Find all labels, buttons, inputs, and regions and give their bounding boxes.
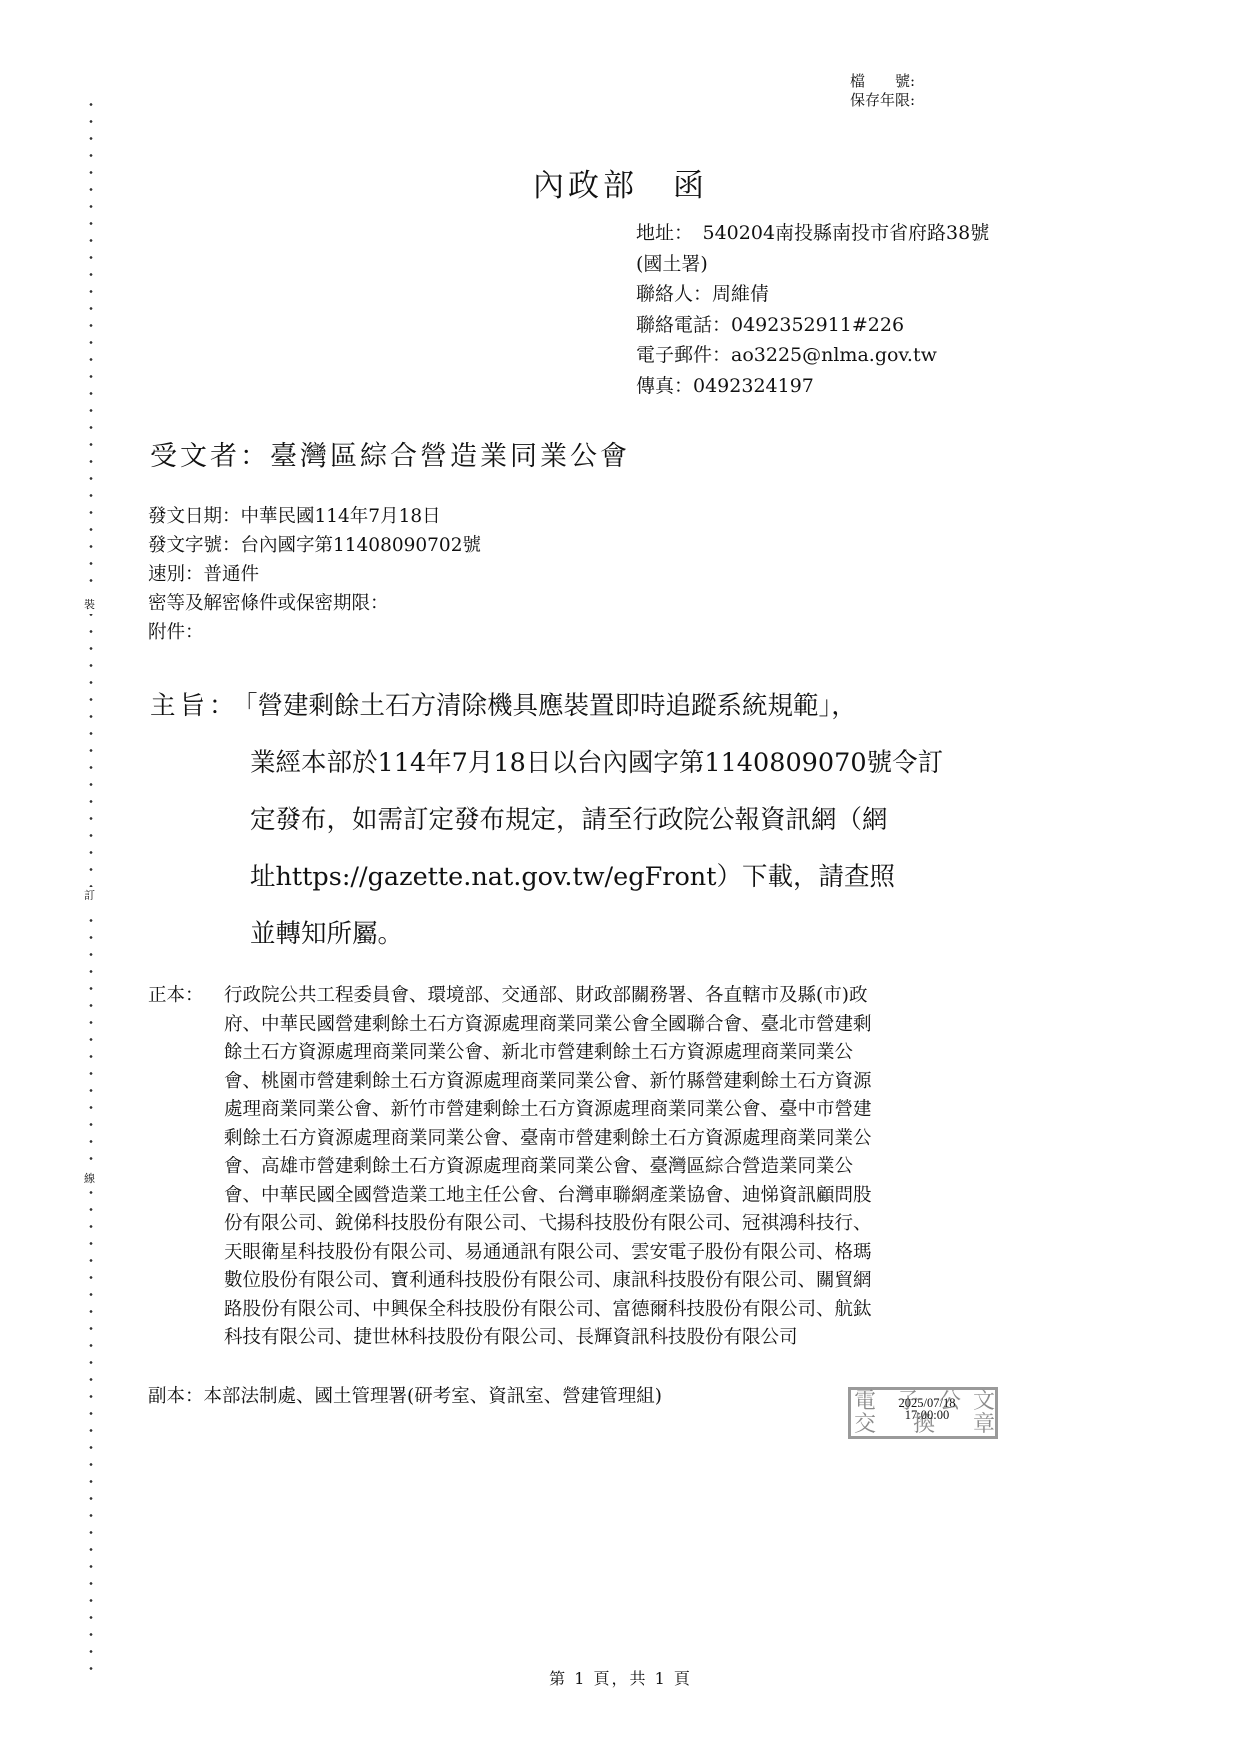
document-meta: 發文日期：中華民國114年7月18日 發文字號：台內國字第11408090702… (148, 502, 481, 647)
distribution-line: 路股份有限公司、中興保全科技股份有限公司、富德爾科技股份有限公司、航鈦 (148, 1296, 1098, 1325)
contact-block: 地址： 540204南投縣南投市省府路38號 (國土署) 聯絡人：周維倩 聯絡電… (636, 218, 989, 401)
issue-number: 發文字號：台內國字第11408090702號 (148, 531, 481, 560)
distribution-line: 行政院公共工程委員會、環境部、交通部、財政部關務署、各直轄市及縣(市)政 (148, 982, 1098, 1011)
stamp-time: 17:00:00 (879, 1409, 975, 1421)
cc-label: 副本： (148, 1386, 204, 1407)
subject-line: 並轉知所屬。 (150, 906, 1100, 963)
stamp-datetime: 2025/07/18 17:00:00 (879, 1397, 975, 1421)
file-number-label: 檔 號: (850, 72, 915, 91)
cc-text: 本部法制處、國土管理署(研考室、資訊室、營建管理組) (204, 1386, 662, 1407)
subject-line: 址https://gazette.nat.gov.tw/egFront）下載，請… (150, 849, 1100, 906)
stamp-char: 電 (854, 1391, 876, 1413)
stamp-char: 交 (854, 1414, 876, 1436)
document-title: 內政部 函 (0, 160, 1241, 205)
subject-line: 「營建剩餘土石方清除機具應裝置即時追蹤系統規範」， (150, 678, 1100, 735)
binding-dotted-line (88, 96, 94, 1676)
secrecy-level: 密等及解密條件或保密期限： (148, 589, 481, 618)
contact-person: 聯絡人：周維倩 (636, 279, 989, 310)
issue-date: 發文日期：中華民國114年7月18日 (148, 502, 481, 531)
distribution-line: 剩餘土石方資源處理商業同業公會、臺南市營建剩餘土石方資源處理商業同業公 (148, 1125, 1098, 1154)
stamp-char: 文 (973, 1391, 995, 1413)
binding-mark-staple: 訂 (84, 887, 95, 905)
address-note: (國土署) (636, 249, 989, 280)
contact-fax: 傳真：0492324197 (636, 371, 989, 402)
binding-mark-line: 線 (84, 1170, 95, 1188)
distribution-line: 餘土石方資源處理商業同業公會、新北市營建剩餘土石方資源處理商業同業公 (148, 1039, 1098, 1068)
recipient: 受文者：臺灣區綜合營造業同業公會 (150, 434, 630, 473)
binding-mark-bind: 裝 (84, 596, 95, 614)
distribution-line: 科技有限公司、捷世林科技股份有限公司、長輝資訊科技股份有限公司 (148, 1324, 1098, 1353)
subject-line: 業經本部於114年7月18日以台內國字第1140809070號令訂 (150, 735, 1100, 792)
page-number: 第 1 頁，共 1 頁 (0, 1666, 1241, 1689)
address: 地址： 540204南投縣南投市省府路38號 (636, 218, 989, 249)
contact-email: 電子郵件：ao3225@nlma.gov.tw (636, 340, 989, 371)
subject-line: 定發布，如需訂定發布規定，請至行政院公報資訊網（網 (150, 792, 1100, 849)
distribution-section: 正本： 行政院公共工程委員會、環境部、交通部、財政部關務署、各直轄市及縣(市)政… (148, 982, 1098, 1353)
distribution-line: 會、高雄市營建剩餘土石方資源處理商業同業公會、臺灣區綜合營造業同業公 (148, 1153, 1098, 1182)
contact-phone: 聯絡電話：0492352911#226 (636, 310, 989, 341)
cc-section: 副本：本部法制處、國土管理署(研考室、資訊室、營建管理組) (148, 1383, 662, 1411)
stamp-char: 章 (973, 1414, 995, 1436)
distribution-line: 會、中華民國全國營造業工地主任公會、台灣車聯網產業協會、迪悌資訊顧問股 (148, 1182, 1098, 1211)
speed-class: 速別：普通件 (148, 560, 481, 589)
attachments: 附件： (148, 618, 481, 647)
distribution-line: 份有限公司、銳俤科技股份有限公司、弋揚科技股份有限公司、冠祺鴻科技行、 (148, 1210, 1098, 1239)
distribution-line: 會、桃園市營建剩餘土石方資源處理商業同業公會、新竹縣營建剩餘土石方資源 (148, 1068, 1098, 1097)
distribution-line: 數位股份有限公司、寶利通科技股份有限公司、康訊科技股份有限公司、關貿網 (148, 1267, 1098, 1296)
distribution-line: 府、中華民國營建剩餘土石方資源處理商業同業公會全國聯合會、臺北市營建剩 (148, 1011, 1098, 1040)
file-info: 檔 號: 保存年限: (850, 72, 915, 110)
subject-section: 主旨： 「營建剩餘土石方清除機具應裝置即時追蹤系統規範」， 業經本部於114年7… (150, 678, 1100, 963)
distribution-line: 天眼衛星科技股份有限公司、易通通訊有限公司、雲安電子股份有限公司、格瑪 (148, 1239, 1098, 1268)
subject-label: 主旨： (150, 678, 239, 735)
distribution-line: 處理商業同業公會、新竹市營建剩餘土石方資源處理商業同業公會、臺中市營建 (148, 1096, 1098, 1125)
retention-period-label: 保存年限: (850, 91, 915, 110)
distribution-label: 正本： (148, 982, 204, 1011)
electronic-exchange-stamp: 電 子 公 文 交 換 章 2025/07/18 17:00:00 (848, 1387, 998, 1439)
